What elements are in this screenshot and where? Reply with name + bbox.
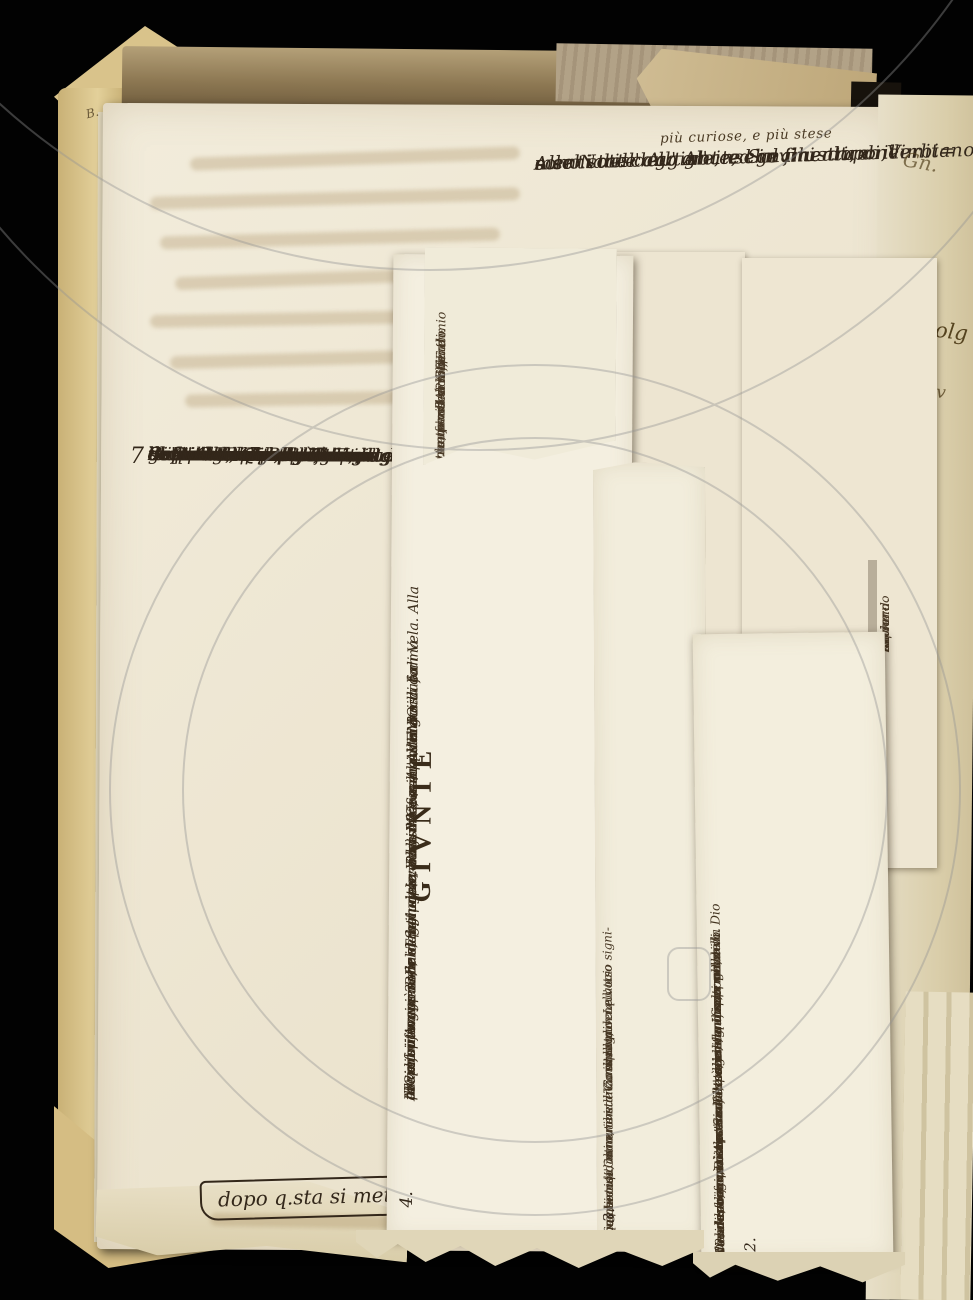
paper-slip-2: ciascuno, giostra p. Si vede è, che quan… — [693, 632, 894, 1263]
right-page-rotated-fragments: Ripieno univer- sii vanno anche d. — [876, 420, 938, 655]
rotated-text: che forse errore me; perché venendo m.o … — [425, 249, 427, 459]
slip-line: ne un' altra differen. — [425, 329, 456, 460]
slip-line: per dir in oggi avemo, Sememo, Ventimo &… — [397, 760, 427, 1232]
margin-mark: 7 — [130, 444, 144, 469]
rotated-text: ciascuno, giostra p. Si vede è, che quan… — [701, 656, 709, 1254]
torn-page-edge-bottom-mid — [356, 1230, 704, 1270]
slip-number-label: 4. — [397, 1191, 417, 1207]
boxed-annotation: dopo q.sta si mett — [199, 1175, 416, 1221]
slip-number-label: 2. — [741, 1237, 759, 1252]
underlying-slip-top: che forse errore me; perché venendo m.o … — [423, 247, 617, 467]
slip-number-label: 3. — [600, 1208, 618, 1222]
rotated-text: per beni p. meno casa, ma una stanza di … — [598, 520, 602, 1234]
slip-line: Vi rispondivo — [601, 1012, 618, 1234]
slip-line: di un umano, e inesticabile taluni, e mi… — [706, 1000, 731, 1255]
text-line: comodamente unire. — [148, 439, 343, 472]
rotated-text: GIVNTE Al verbo Avere nota in principio.… — [397, 262, 404, 1232]
manuscript-photo: B. 7 Alle Note dell' Abate Salvini altre… — [0, 0, 973, 1300]
paper-slip-3: per beni p. meno casa, ma una stanza di … — [593, 462, 709, 1245]
right-page-edge-strips — [900, 991, 973, 1300]
page-signature-mark: B. — [84, 105, 100, 122]
